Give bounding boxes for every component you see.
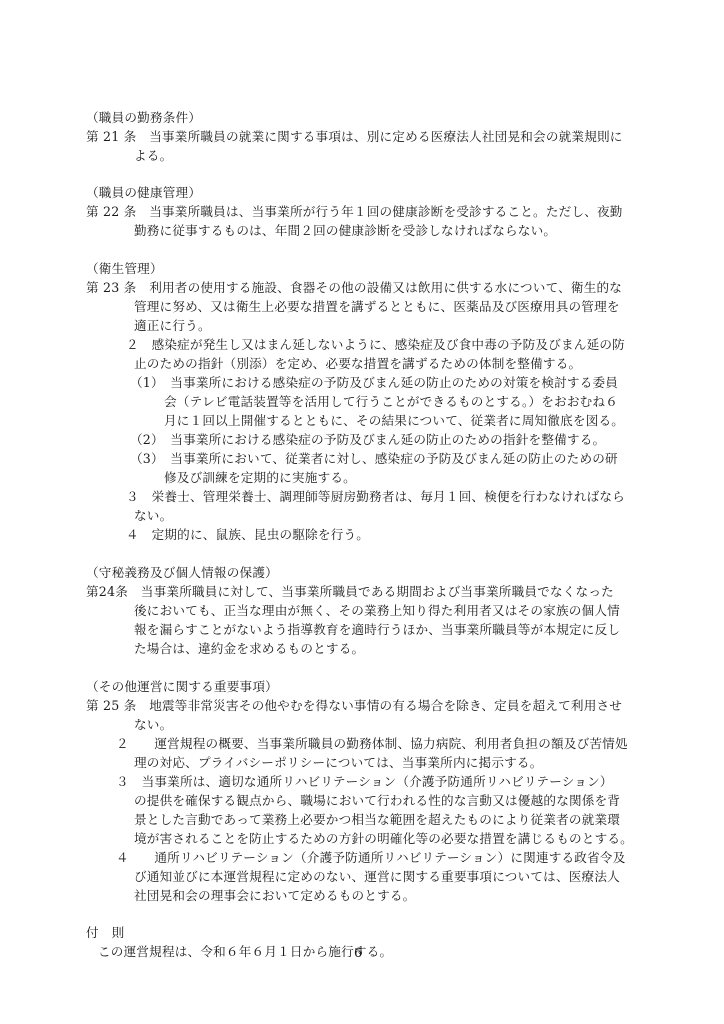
text-line: （その他運営に関する重要事項） (86, 678, 278, 696)
text-line: 第 22 条 当事業所職員は、当事業所が行う年１回の健康診断を受診すること。ただ… (86, 203, 623, 221)
page-number: 6 (354, 946, 362, 961)
text-line: 報を漏らすことがないよう指導教育を適時行うほか、当事業所職員等が本規定に反し (134, 621, 620, 639)
text-line: （守秘義務及び個人情報の保護） (86, 564, 278, 582)
text-line: ない。 (134, 716, 172, 734)
text-line: （1） 当事業所における感染症の予防及びまん延の防止のための対策を検討する委員 (130, 374, 618, 392)
text-line: 会（テレビ電話装置等を活用して行うことができるものとする。）をおおむね６ (164, 393, 618, 411)
text-line: 月に１回以上開催するとともに、その結果について、従業者に周知徹底を図る。 (164, 412, 624, 430)
text-line: ２ 感染症が発生し又はまん延しないように、感染症及び食中毒の予防及びまん延の防 (126, 336, 625, 354)
text-line: た場合は、違約金を求めるものとする。 (134, 640, 364, 658)
text-line: 管理に努め、又は衛生上必要な措置を講ずるとともに、医薬品及び医療用具の管理を (134, 298, 620, 316)
text-line: 第 23 条 利用者の使用する施設、食器その他の設備又は飲用に供する水について、… (86, 279, 622, 297)
text-line: 適正に行う。 (134, 317, 211, 335)
text-line: 第 25 条 地震等非常災害その他やむを得ない事情の有る場合を除き、定員を超えて… (86, 697, 622, 715)
text-line: （職員の勤務条件） (86, 109, 201, 127)
text-line: この運営規程は、令和６年６月１日から施行する。 (98, 943, 392, 961)
text-line: よる。 (134, 147, 172, 165)
text-line: 付 則 (86, 924, 124, 942)
text-line: ２ 運営規程の概要、当事業所職員の勤務体制、協力病院、利用者負担の額及び苦情処 (116, 735, 628, 753)
text-line: （3） 当事業所において、従業者に対し、感染症の予防及びまん延の防止のための研 (130, 450, 618, 468)
text-line: 修及び訓練を定期的に実施する。 (164, 469, 356, 487)
text-line: ４ 定期的に、鼠族、昆虫の駆除を行う。 (126, 526, 369, 544)
text-line: ３ 栄養士、管理栄養士、調理師等厨房勤務者は、毎月１回、検便を行わなければなら (126, 488, 625, 506)
text-line: 理の対応、プライバシーポリシーについては、当事業所内に掲示する。 (134, 754, 543, 772)
text-line: 境が害されることを防止するための方針の明確化等の必要な措置を講じるものとする。 (134, 830, 633, 848)
text-line: （2） 当事業所における感染症の予防及びまん延の防止のための指針を整備する。 (130, 431, 605, 449)
text-line: 止のための指針（別添）を定め、必要な措置を講ずるための体制を整備する。 (134, 355, 581, 373)
text-line: 第24条 当事業所職員に対して、当事業所職員である期間および当事業所職員でなくな… (86, 583, 614, 601)
text-line: （衛生管理） (86, 260, 163, 278)
text-line: （職員の健康管理） (86, 184, 201, 202)
text-line: ３ 当事業所は、適切な通所リハビリテーション（介護予防通所リハビリテーション） (116, 773, 613, 791)
text-line: ない。 (134, 507, 172, 525)
text-line: 社団晃和会の理事会において定めるものとする。 (134, 887, 415, 905)
text-line: 後においても、正当な理由が無く、その業務上知り得た利用者又はその家族の個人情 (134, 602, 620, 620)
text-line: の提供を確保する観点から、職場において行われる性的な言動又は優越的な関係を背 (134, 792, 620, 810)
document-page: （職員の勤務条件）第 21 条 当事業所職員の就業に関する事項は、別に定める医療… (0, 0, 724, 1024)
text-line: 勤務に従事するものは、年間２回の健康診断を受診しなければならない。 (134, 222, 556, 240)
text-line: ４ 通所リハビリテーション（介護予防通所リハビリテーション）に関連する政省令及 (116, 849, 625, 867)
text-line: 景とした言動であって業務上必要かつ相当な範囲を超えたものにより従業者の就業環 (134, 811, 620, 829)
text-line: び通知並びに本運営規程に定めのない、運営に関する重要事項については、医療法人 (134, 868, 620, 886)
text-line: 第 21 条 当事業所職員の就業に関する事項は、別に定める医療法人社団晃和会の就… (86, 128, 623, 146)
